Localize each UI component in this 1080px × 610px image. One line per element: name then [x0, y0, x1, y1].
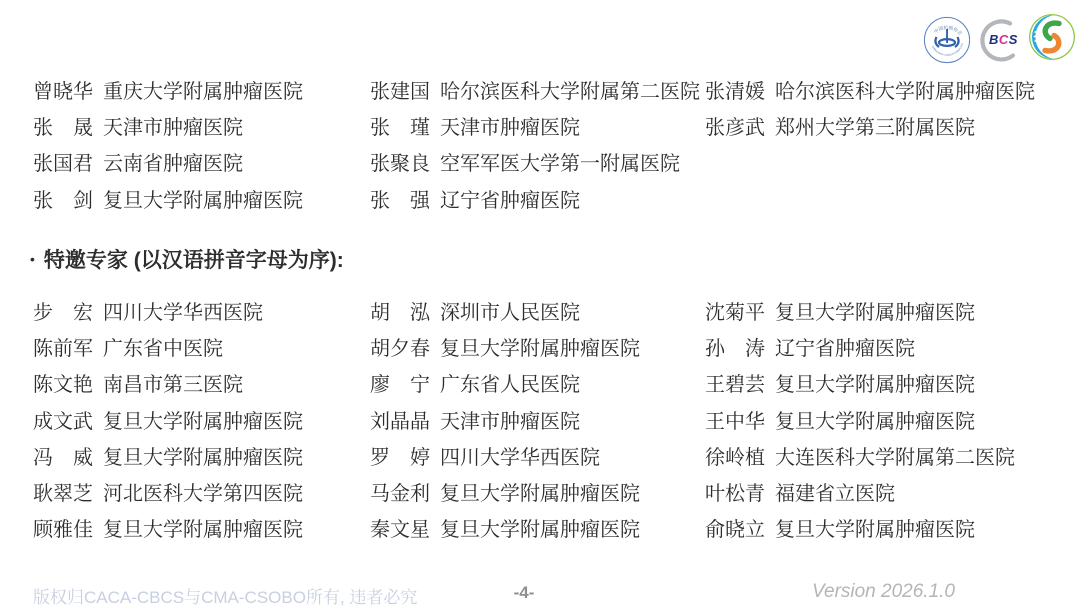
expert-name: 张国君 — [33, 147, 95, 176]
expert-name: 耿翠芝 — [33, 477, 95, 506]
expert-name: 步 宏 — [33, 296, 95, 325]
expert-name: 张 强 — [370, 184, 432, 213]
expert-name: 王碧芸 — [705, 368, 767, 397]
expert-entry: 成文武复旦大学附属肿瘤医院 — [33, 401, 303, 437]
expert-entry: 张 瑾天津市肿瘤医院 — [370, 107, 700, 143]
expert-name: 成文武 — [33, 405, 95, 434]
expert-hospital: 郑州大学第三附属医院 — [775, 111, 975, 140]
society-s-logo — [1028, 13, 1076, 61]
expert-hospital: 复旦大学附属肿瘤医院 — [103, 184, 303, 213]
expert-entry: 陈文艳南昌市第三医院 — [33, 365, 303, 401]
expert-name: 冯 威 — [33, 441, 95, 470]
expert-name: 孙 涛 — [705, 332, 767, 361]
expert-hospital: 四川大学华西医院 — [440, 441, 600, 470]
expert-entry: 刘晶晶天津市肿瘤医院 — [370, 401, 640, 437]
expert-hospital: 天津市肿瘤医院 — [103, 111, 243, 140]
expert-hospital: 复旦大学附属肿瘤医院 — [440, 513, 640, 542]
expert-name: 曾晓华 — [33, 75, 95, 104]
bcs-letter-s: S — [1009, 32, 1018, 47]
expert-entry: 张国君云南省肿瘤医院 — [33, 144, 303, 180]
expert-entry: 胡夕春复旦大学附属肿瘤医院 — [370, 328, 640, 364]
expert-hospital: 复旦大学附属肿瘤医院 — [775, 368, 975, 397]
expert-name: 叶松青 — [705, 477, 767, 506]
section-title: 特邀专家 (以汉语拼音字母为序): — [44, 244, 344, 274]
caca-logo-graphic: 中国抗癌协会 CHINA ANTI-CANCER ASSOCIATION — [923, 16, 971, 64]
expert-list-column-1: 步 宏四川大学华西医院陈前军广东省中医院陈文艳南昌市第三医院成文武复旦大学附属肿… — [33, 292, 303, 546]
top-list-column-1: 曾晓华重庆大学附属肿瘤医院张 晟天津市肿瘤医院张国君云南省肿瘤医院张 剑复旦大学… — [33, 71, 303, 216]
footer-page-number: -4- — [494, 583, 554, 603]
expert-entry: 张彦武郑州大学第三附属医院 — [705, 107, 1035, 143]
footer-version: Version 2026.1.0 — [770, 581, 955, 603]
top-list-column-3: 张清媛哈尔滨医科大学附属肿瘤医院张彦武郑州大学第三附属医院 — [705, 71, 1035, 144]
china-anti-cancer-association-logo: 中国抗癌协会 CHINA ANTI-CANCER ASSOCIATION — [923, 16, 971, 64]
expert-name: 廖 宁 — [370, 368, 432, 397]
expert-name: 陈前军 — [33, 332, 95, 361]
expert-entry: 张 剑复旦大学附属肿瘤医院 — [33, 180, 303, 216]
expert-hospital: 哈尔滨医科大学附属肿瘤医院 — [775, 75, 1035, 104]
expert-entry: 顾雅佳复旦大学附属肿瘤医院 — [33, 510, 303, 546]
expert-name: 王中华 — [705, 405, 767, 434]
expert-entry: 耿翠芝河北医科大学第四医院 — [33, 473, 303, 509]
expert-hospital: 复旦大学附属肿瘤医院 — [103, 405, 303, 434]
expert-entry: 张建国哈尔滨医科大学附属第二医院 — [370, 71, 700, 107]
expert-hospital: 天津市肿瘤医院 — [440, 111, 580, 140]
expert-name: 张 剑 — [33, 184, 95, 213]
expert-hospital: 复旦大学附属肿瘤医院 — [775, 513, 975, 542]
expert-hospital: 广东省人民医院 — [440, 368, 580, 397]
expert-name: 陈文艳 — [33, 368, 95, 397]
expert-entry: 张聚良空军军医大学第一附属医院 — [370, 144, 700, 180]
expert-entry: 俞晓立复旦大学附属肿瘤医院 — [705, 510, 1015, 546]
expert-name: 张聚良 — [370, 147, 432, 176]
expert-hospital: 哈尔滨医科大学附属第二医院 — [440, 75, 700, 104]
expert-hospital: 深圳市人民医院 — [440, 296, 580, 325]
expert-entry: 张 晟天津市肿瘤医院 — [33, 107, 303, 143]
expert-entry: 曾晓华重庆大学附属肿瘤医院 — [33, 71, 303, 107]
expert-hospital: 复旦大学附属肿瘤医院 — [440, 477, 640, 506]
expert-hospital: 复旦大学附属肿瘤医院 — [103, 513, 303, 542]
expert-entry: 王碧芸复旦大学附属肿瘤医院 — [705, 365, 1015, 401]
expert-hospital: 辽宁省肿瘤医院 — [775, 332, 915, 361]
expert-hospital: 大连医科大学附属第二医院 — [775, 441, 1015, 470]
expert-entry: 马金利复旦大学附属肿瘤医院 — [370, 473, 640, 509]
slide-page: { "colors": { "text": "#2d2d2d", "footer… — [0, 0, 1080, 610]
expert-name: 徐岭植 — [705, 441, 767, 470]
expert-name: 俞晓立 — [705, 513, 767, 542]
expert-entry: 冯 威复旦大学附属肿瘤医院 — [33, 437, 303, 473]
expert-name: 张彦武 — [705, 111, 767, 140]
expert-name: 张 瑾 — [370, 111, 432, 140]
expert-entry: 步 宏四川大学华西医院 — [33, 292, 303, 328]
expert-hospital: 空军军医大学第一附属医院 — [440, 147, 680, 176]
expert-hospital: 四川大学华西医院 — [103, 296, 263, 325]
expert-entry: 叶松青福建省立医院 — [705, 473, 1015, 509]
expert-entry: 沈菊平复旦大学附属肿瘤医院 — [705, 292, 1015, 328]
society-s-logo-graphic — [1028, 13, 1076, 61]
expert-hospital: 云南省肿瘤医院 — [103, 147, 243, 176]
bcs-letter-c: C — [999, 32, 1009, 47]
expert-hospital: 辽宁省肿瘤医院 — [440, 184, 580, 213]
expert-name: 胡夕春 — [370, 332, 432, 361]
expert-name: 顾雅佳 — [33, 513, 95, 542]
expert-hospital: 河北医科大学第四医院 — [103, 477, 303, 506]
expert-entry: 罗 婷四川大学华西医院 — [370, 437, 640, 473]
expert-entry: 胡 泓深圳市人民医院 — [370, 292, 640, 328]
expert-list-column-3: 沈菊平复旦大学附属肿瘤医院孙 涛辽宁省肿瘤医院王碧芸复旦大学附属肿瘤医院王中华复… — [705, 292, 1015, 546]
bcs-logo-text: BCS — [989, 32, 1018, 47]
expert-hospital: 天津市肿瘤医院 — [440, 405, 580, 434]
expert-hospital: 复旦大学附属肿瘤医院 — [775, 405, 975, 434]
expert-entry: 徐岭植大连医科大学附属第二医院 — [705, 437, 1015, 473]
expert-name: 马金利 — [370, 477, 432, 506]
expert-name: 张清媛 — [705, 75, 767, 104]
expert-hospital: 福建省立医院 — [775, 477, 895, 506]
expert-entry: 张 强辽宁省肿瘤医院 — [370, 180, 700, 216]
expert-name: 张建国 — [370, 75, 432, 104]
expert-name: 秦文星 — [370, 513, 432, 542]
expert-entry: 廖 宁广东省人民医院 — [370, 365, 640, 401]
bcs-letter-b: B — [989, 32, 999, 47]
expert-name: 刘晶晶 — [370, 405, 432, 434]
expert-hospital: 广东省中医院 — [103, 332, 223, 361]
expert-entry: 秦文星复旦大学附属肿瘤医院 — [370, 510, 640, 546]
section-header: • 特邀专家 (以汉语拼音字母为序): — [30, 245, 344, 273]
top-list-column-2: 张建国哈尔滨医科大学附属第二医院张 瑾天津市肿瘤医院张聚良空军军医大学第一附属医… — [370, 71, 700, 216]
expert-hospital: 复旦大学附属肿瘤医院 — [103, 441, 303, 470]
expert-name: 罗 婷 — [370, 441, 432, 470]
expert-hospital: 南昌市第三医院 — [103, 368, 243, 397]
expert-entry: 王中华复旦大学附属肿瘤医院 — [705, 401, 1015, 437]
expert-hospital: 复旦大学附属肿瘤医院 — [775, 296, 975, 325]
expert-name: 胡 泓 — [370, 296, 432, 325]
expert-entry: 张清媛哈尔滨医科大学附属肿瘤医院 — [705, 71, 1035, 107]
expert-name: 张 晟 — [33, 111, 95, 140]
expert-hospital: 复旦大学附属肿瘤医院 — [440, 332, 640, 361]
bcs-logo: BCS — [977, 17, 1027, 65]
expert-entry: 陈前军广东省中医院 — [33, 328, 303, 364]
expert-entry: 孙 涛辽宁省肿瘤医院 — [705, 328, 1015, 364]
expert-hospital: 重庆大学附属肿瘤医院 — [103, 75, 303, 104]
bullet-icon: • — [30, 251, 35, 267]
footer-copyright: 版权归CACA-CBCS与CMA-CSOBO所有, 违者必究 — [33, 583, 417, 608]
expert-list-column-2: 胡 泓深圳市人民医院胡夕春复旦大学附属肿瘤医院廖 宁广东省人民医院刘晶晶天津市肿… — [370, 292, 640, 546]
expert-name: 沈菊平 — [705, 296, 767, 325]
